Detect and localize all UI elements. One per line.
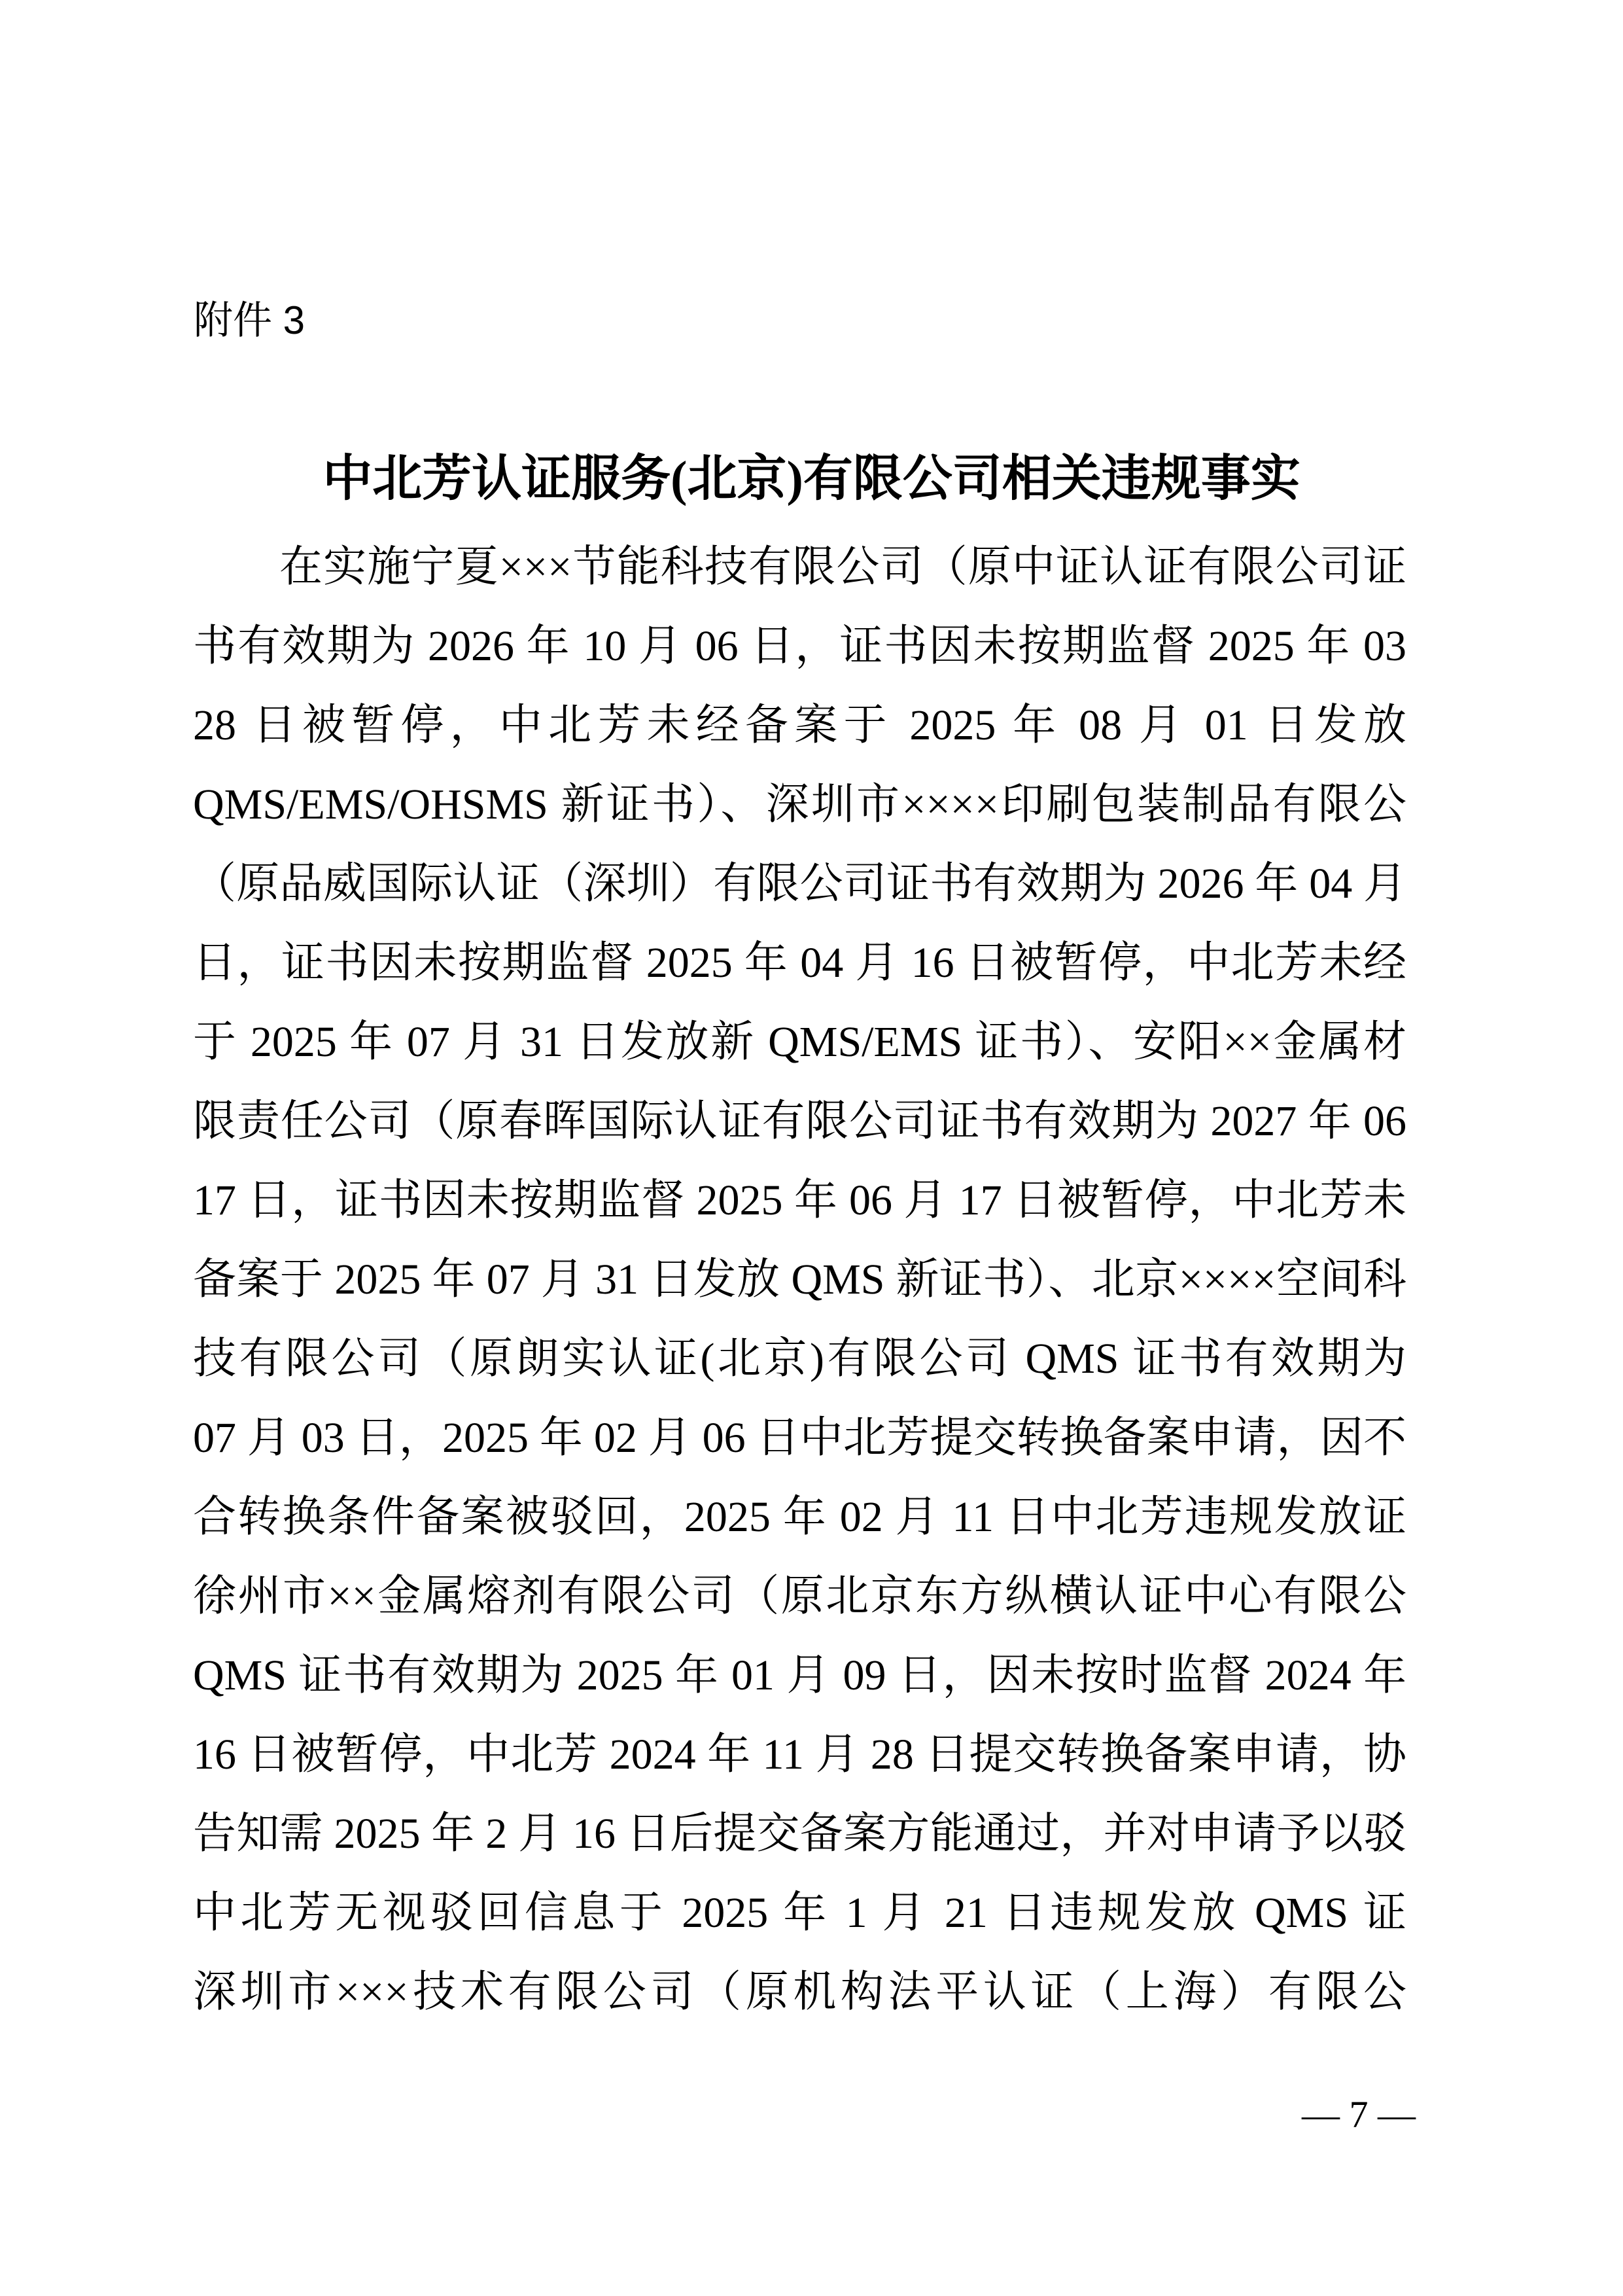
paragraph-line: 限责任公司（原春晖国际认证有限公司证书有效期为 2027 年 06 月 [193,1082,1406,1161]
attachment-label: 附件 3 [194,296,305,345]
paragraph-line: 于 2025 年 07 月 31 日发放新 QMS/EMS 证书）、安阳××金属… [193,1002,1406,1082]
document-page: 附件 3 中北芳认证服务(北京)有限公司相关违规事实 在实施宁夏×××节能科技有… [0,0,1623,2296]
paragraph-line: QMS/EMS/OHSMS 新证书）、深圳市××××印刷包装制品有限公司 [193,765,1406,844]
paragraph-line: 备案于 2025 年 07 月 31 日发放 QMS 新证书）、北京××××空间… [193,1240,1406,1319]
paragraph-line: 徐州市××金属熔剂有限公司（原北京东方纵横认证中心有限公司 [193,1557,1406,1636]
paragraph-line: 合转换条件备案被驳回，2025 年 02 月 11 日中北芳违规发放证书）、 [193,1477,1406,1557]
paragraph-line: 告知需 2025 年 2 月 16 日后提交备案方能通过，并对申请予以驳回， [193,1794,1406,1873]
paragraph-line: 中北芳无视驳回信息于 2025 年 1 月 21 日违规发放 QMS 证书），以… [193,1873,1406,1952]
paragraph-line: QMS 证书有效期为 2025 年 01 月 09 日，因未按时监督 2024 … [193,1636,1406,1715]
paragraph-line: 07 月 03 日，2025 年 02 月 06 日中北芳提交转换备案申请，因不… [193,1398,1406,1477]
paragraph-line: 17 日，证书因未按期监督 2025 年 06 月 17 日被暂停，中北芳未经 [193,1161,1406,1240]
paragraph-line: 16 日被暂停，中北芳 2024 年 11 月 28 日提交转换备案申请，协会 [193,1715,1406,1794]
paragraph-line: 深圳市×××技术有限公司（原机构法平认证（上海）有限公司）、 [193,1952,1406,2032]
paragraph-line: 书有效期为 2026 年 10 月 06 日，证书因未按期监督 2025 年 0… [193,607,1406,686]
body-paragraph: 在实施宁夏×××节能科技有限公司（原中证认证有限公司证 书有效期为 2026 年… [193,527,1406,2032]
page-number: — 7 — [1302,2091,1416,2138]
paragraph-line: （原品威国际认证（深圳）有限公司证书有效期为 2026 年 04 月 15 [193,844,1406,923]
paragraph-line: 技有限公司（原朗实认证(北京)有限公司 QMS 证书有效期为 2027 年 [193,1319,1406,1398]
paragraph-line: 在实施宁夏×××节能科技有限公司（原中证认证有限公司证 [193,527,1406,607]
paragraph-line: 28 日被暂停，中北芳未经备案于 2025 年 08 月 01 日发放 [193,686,1406,765]
paragraph-line: 日，证书因未按期监督 2025 年 04 月 16 日被暂停，中北芳未经备案 [193,923,1406,1002]
document-title: 中北芳认证服务(北京)有限公司相关违规事实 [0,442,1623,516]
